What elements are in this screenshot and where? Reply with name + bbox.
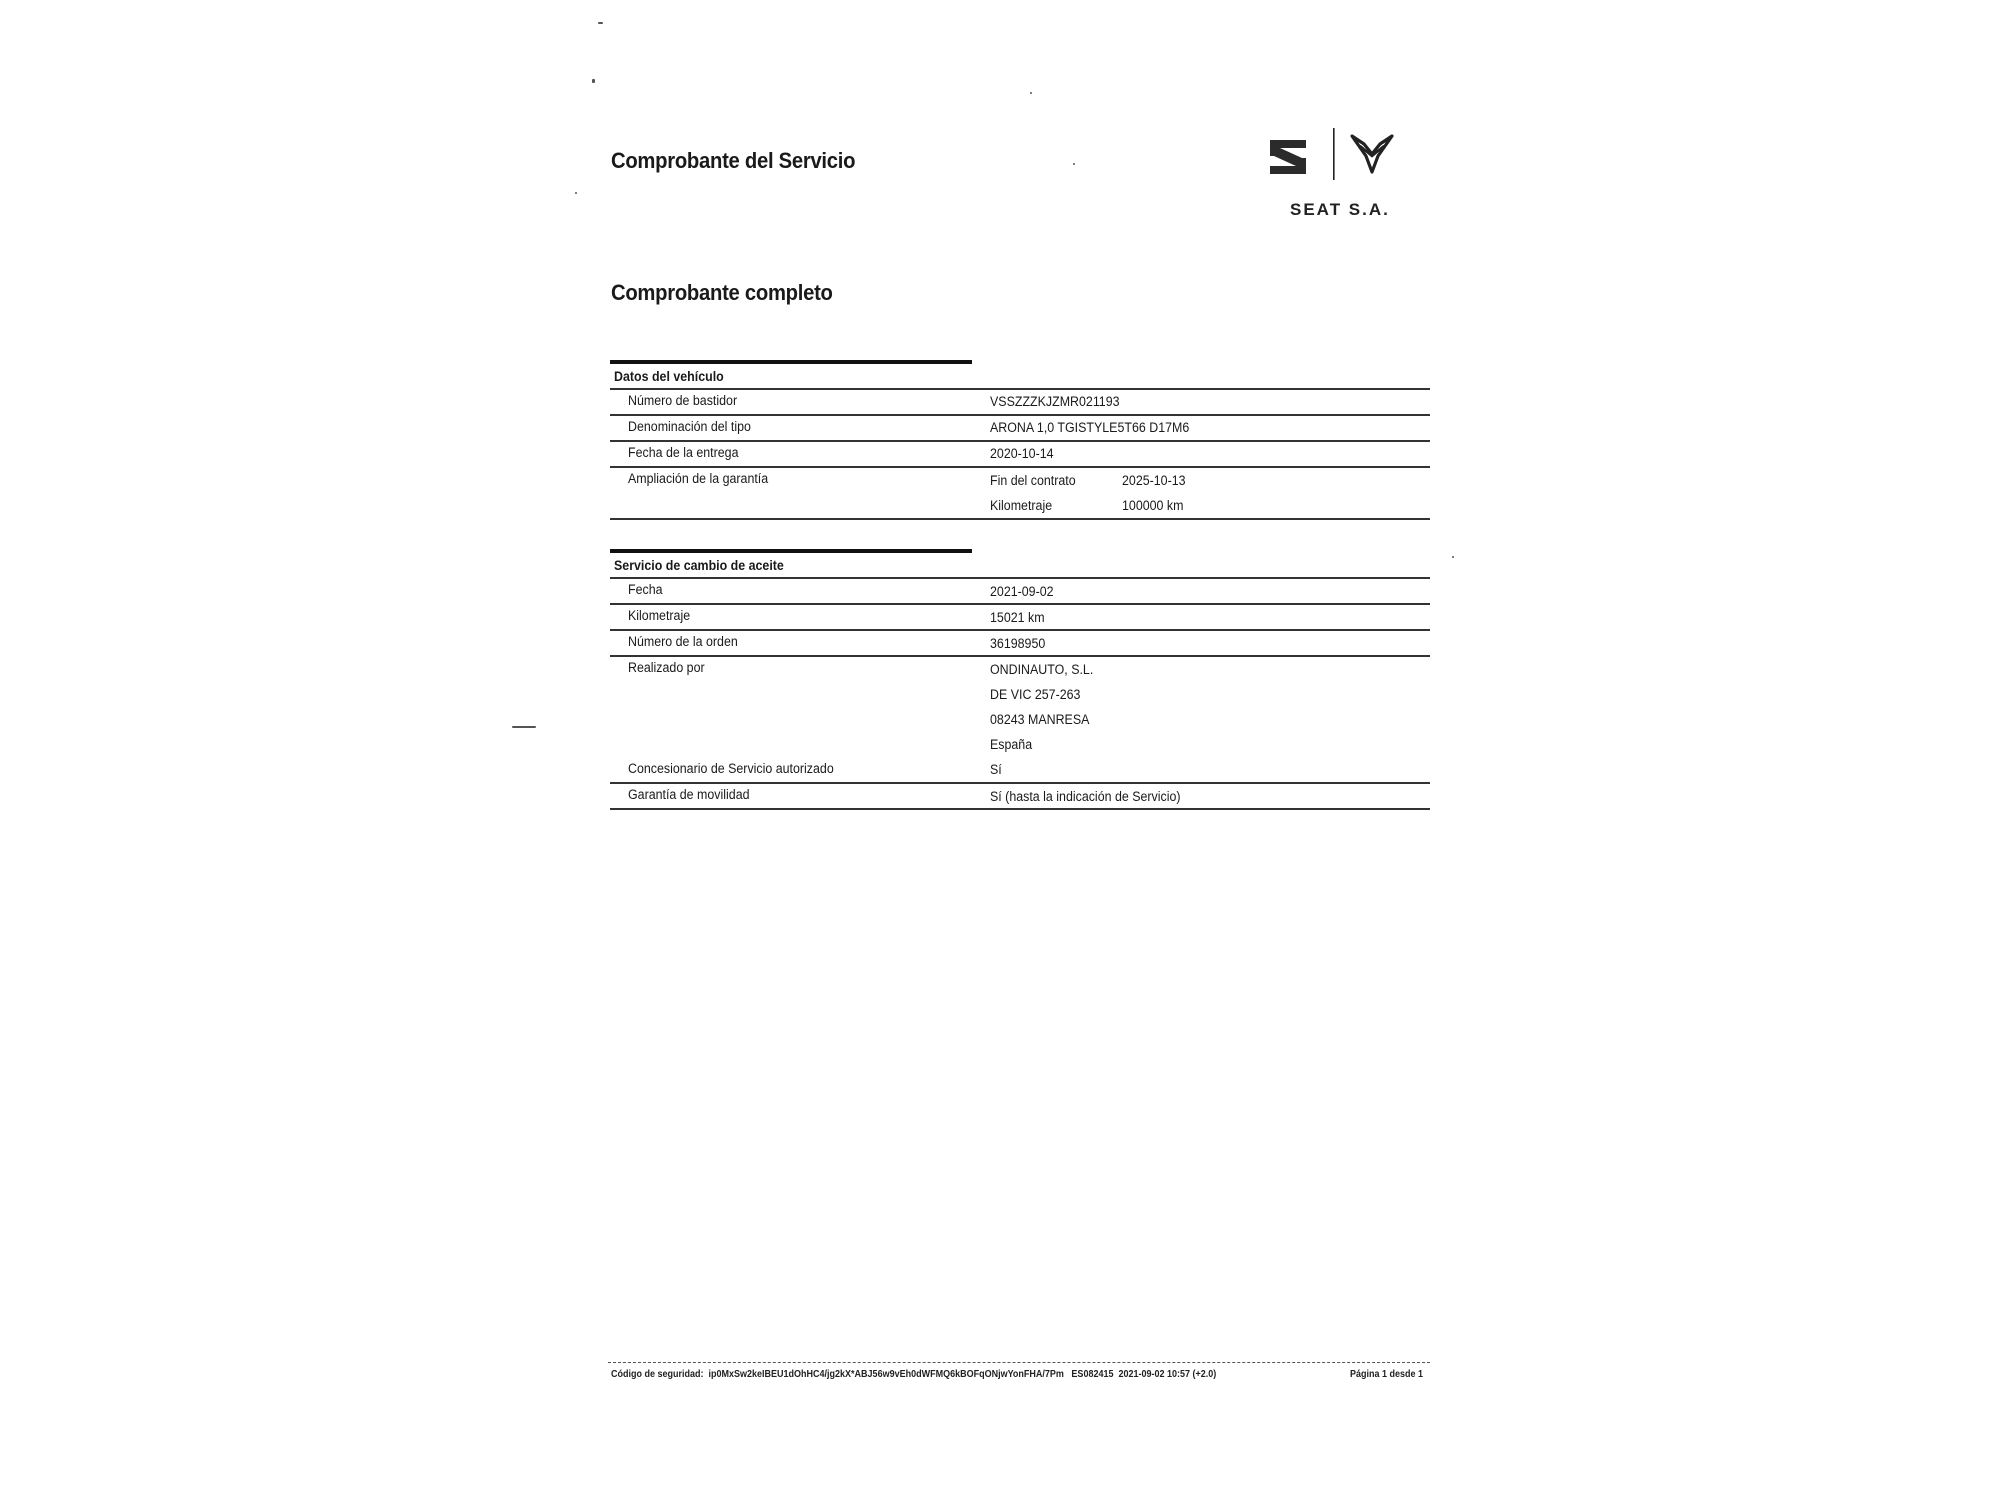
row-divider	[610, 629, 1430, 631]
row-label: Denominación del tipo	[628, 419, 751, 434]
row-divider	[610, 808, 1430, 810]
row-value: ARONA 1,0 TGISTYLE5T66 D17M6	[990, 420, 1189, 435]
row-divider	[610, 577, 1430, 579]
vehicle-heading: Datos del vehículo	[614, 369, 724, 384]
row-label: Kilometraje	[628, 608, 690, 623]
dealer-city: 08243 MANRESA	[990, 712, 1089, 727]
row-label: Garantía de movilidad	[628, 787, 750, 802]
scan-speck	[1452, 556, 1454, 558]
print-timestamp: 2021-09-02 10:57 (+2.0)	[1118, 1369, 1216, 1380]
row-value: 15021 km	[990, 610, 1045, 625]
contract-end-label: Fin del contrato	[990, 473, 1076, 488]
row-value: Sí	[990, 762, 1002, 777]
scan-speck	[1073, 163, 1075, 165]
service-heading: Servicio de cambio de aceite	[614, 558, 784, 573]
row-label: Número de la orden	[628, 634, 738, 649]
row-label: Fecha	[628, 582, 663, 597]
row-value: Sí (hasta la indicación de Servicio)	[990, 789, 1181, 804]
security-code-label: Código de seguridad:	[611, 1369, 704, 1380]
seat-logo-icon	[1270, 140, 1306, 174]
row-divider	[610, 655, 1430, 657]
row-label: Realizado por	[628, 660, 705, 675]
company-name: SEAT S.A.	[1290, 200, 1390, 220]
table-header-rule	[610, 549, 972, 553]
scan-speck	[1030, 92, 1032, 94]
warranty-km-value: 100000 km	[1122, 498, 1183, 513]
dealer-name: ONDINAUTO, S.L.	[990, 662, 1093, 677]
brand-logos	[1268, 126, 1404, 184]
row-divider	[610, 414, 1430, 416]
security-code: ip0MxSw2keIBEU1dOhHC4/jg2kX*ABJ56w9vEh0d…	[709, 1369, 1064, 1380]
footer-rule	[608, 1362, 1430, 1363]
scan-speck	[512, 726, 536, 728]
section-title: Comprobante completo	[611, 280, 833, 306]
security-code-line: Código de seguridad: ip0MxSw2keIBEU1dOhH…	[611, 1369, 1216, 1380]
row-value: VSSZZZKJZMR021193	[990, 394, 1120, 409]
row-divider	[610, 388, 1430, 390]
row-value: 36198950	[990, 636, 1045, 651]
document-title: Comprobante del Servicio	[611, 148, 855, 174]
row-value: 2020-10-14	[990, 446, 1054, 461]
row-divider	[610, 466, 1430, 468]
warranty-km-label: Kilometraje	[990, 498, 1052, 513]
scan-speck	[575, 192, 577, 194]
table-header-rule	[610, 360, 972, 364]
row-label: Fecha de la entrega	[628, 445, 738, 460]
page-number: Página 1 desde 1	[1350, 1369, 1423, 1380]
row-divider	[610, 518, 1430, 520]
dealer-country: España	[990, 737, 1032, 752]
row-divider	[610, 782, 1430, 784]
dealer-street: DE VIC 257-263	[990, 687, 1080, 702]
row-divider	[610, 440, 1430, 442]
row-label: Concesionario de Servicio autorizado	[628, 761, 834, 776]
scan-speck	[592, 79, 595, 83]
document-page: Comprobante del Servicio SEAT S.A. Compr…	[0, 0, 2000, 1500]
row-label: Ampliación de la garantía	[628, 471, 768, 486]
scan-speck	[598, 22, 603, 24]
cupra-logo-icon	[1352, 136, 1392, 172]
row-divider	[610, 603, 1430, 605]
dealer-code: ES082415	[1071, 1369, 1113, 1380]
row-value: 2021-09-02	[990, 584, 1054, 599]
row-label: Número de bastidor	[628, 393, 737, 408]
contract-end-value: 2025-10-13	[1122, 473, 1186, 488]
